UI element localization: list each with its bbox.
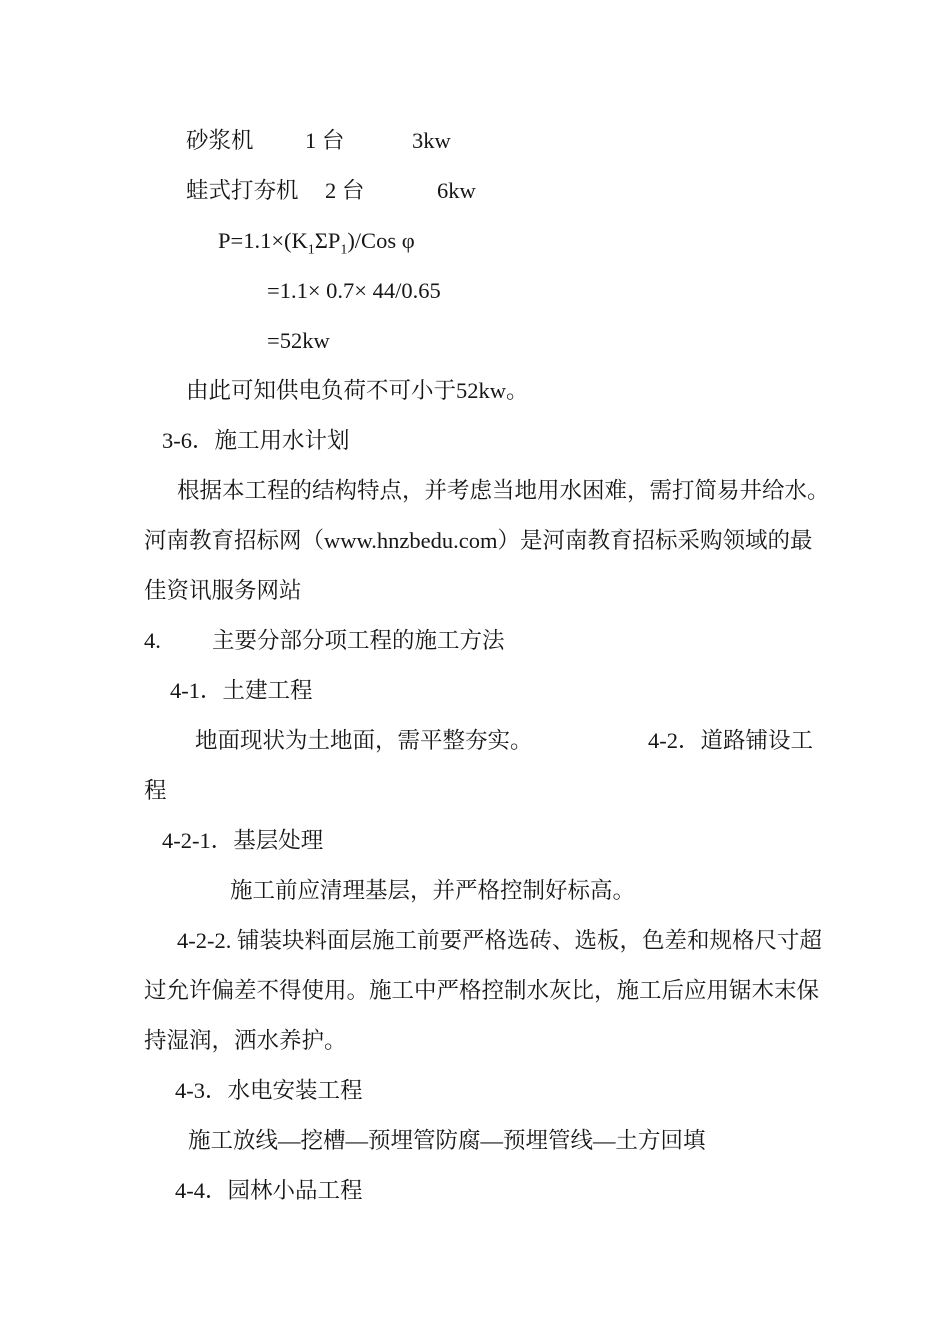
section-4-2-1-heading: 4-2-1．基层处理 [144,816,824,866]
formula-suffix: )/Cos φ [347,228,414,253]
formula-middle: ΣP [315,228,341,253]
section-4-heading: 4. 主要分部分项工程的施工方法 [144,616,824,666]
section-4-2-2-para-line-1: 4-2-2. 铺装块料面层施工前要严格选砖、选板，色差和规格尺寸超 [144,916,824,966]
water-paragraph-line-3: 佳资讯服务网站 [144,566,824,616]
section-4-2-2-para-line-3: 持湿润，洒水养护。 [144,1016,824,1066]
formula-subscript-k1: 1 [308,243,315,258]
equipment-row-mortar-machine: 砂浆机 1 台 3kw [144,116,824,166]
process-flow-line: 施工放线—挖槽—预埋管防腐—预埋管线—土方回填 [144,1116,824,1166]
section-4-2-heading-wrap: 程 [144,766,824,816]
section-3-6-heading: 3-6．施工用水计划 [144,416,824,466]
equipment-row-frog-rammer: 蛙式打夯机 2 台 6kw [144,166,824,216]
conclusion-line: 由此可知供电负荷不可小于52kw。 [144,366,824,416]
equipment-name: 蛙式打夯机 [186,166,299,216]
equipment-qty: 1 台 [305,116,344,166]
section-4-2-2-para-line-2: 过允许偏差不得使用。施工中严格控制水灰比，施工后应用锯木末保 [144,966,824,1016]
formula-prefix: P=1.1×(K [218,228,308,253]
document-page: 砂浆机 1 台 3kw 蛙式打夯机 2 台 6kw P=1.1×(K1ΣP1)/… [0,0,950,1344]
ground-status-text: 地面现状为土地面，需平整夯实。 [195,728,533,753]
section-4-3-heading: 4-3．水电安装工程 [144,1066,824,1116]
section-4-1-heading: 4-1．土建工程 [144,666,824,716]
equipment-power: 3kw [412,116,451,166]
power-formula-line: P=1.1×(K1ΣP1)/Cos φ [144,216,824,266]
calculation-step-line: =1.1× 0.7× 44/0.65 [144,266,824,316]
base-layer-text-line: 施工前应清理基层，并严格控制好标高。 [144,866,824,916]
section-4-2-heading: 4-2．道路铺设工 [648,716,813,766]
ground-status-line: 地面现状为土地面，需平整夯实。 4-2．道路铺设工 [144,716,824,766]
document-body: 砂浆机 1 台 3kw 蛙式打夯机 2 台 6kw P=1.1×(K1ΣP1)/… [144,116,824,1216]
section-4-4-heading: 4-4．园林小品工程 [144,1166,824,1216]
equipment-name: 砂浆机 [186,116,254,166]
calculation-result-line: =52kw [144,316,824,366]
water-paragraph-line-2: 河南教育招标网（www.hnzbedu.com）是河南教育招标采购领域的最 [144,516,824,566]
equipment-power: 6kw [437,166,476,216]
equipment-qty: 2 台 [325,166,364,216]
water-paragraph-line-1: 根据本工程的结构特点，并考虑当地用水困难，需打简易井给水。 [144,466,824,516]
section-4-number: 4. [144,628,161,653]
section-4-title: 主要分部分项工程的施工方法 [212,616,505,666]
